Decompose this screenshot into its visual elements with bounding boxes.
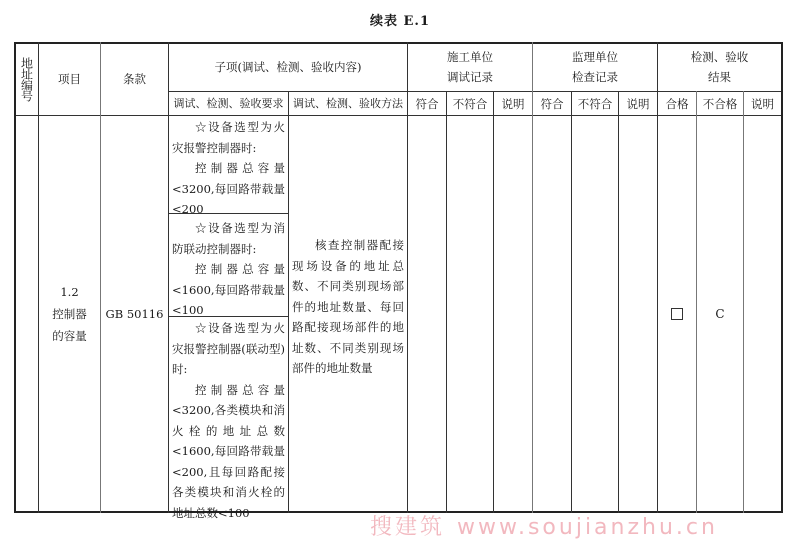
header-acceptance-group: 检测、验收 结果: [658, 43, 781, 91]
requirement-1-lead: ☆设备选型为火灾报警控制器时:: [172, 117, 285, 158]
acceptance-fail-value: C: [697, 300, 743, 328]
item-name-line2: 的容量: [52, 325, 87, 347]
header-construction-group: 施工单位 调试记录: [408, 43, 532, 91]
header-construction-note: 说明: [494, 92, 532, 115]
col-line: [743, 91, 744, 513]
pass-checkbox[interactable]: [671, 308, 683, 320]
item-number: 1.2: [60, 281, 78, 303]
col-line: [446, 91, 447, 513]
header-item: 项目: [39, 43, 100, 115]
header-address-no: 地址编号: [15, 43, 38, 115]
header-construction-line2: 调试记录: [447, 67, 493, 87]
watermark-cn: 搜建筑: [370, 515, 445, 540]
header-subitem-requirement: 调试、检测、验收要求: [169, 92, 288, 115]
col-line: [618, 91, 619, 513]
watermark-url: www.soujianzhu.cn: [457, 515, 718, 540]
header-clause: 条款: [101, 43, 168, 115]
header-subitem-group: 子项(调试、检测、验收内容): [169, 43, 407, 91]
header-construction-line1: 施工单位: [447, 47, 493, 67]
header-construction-nonconform: 不符合: [447, 92, 493, 115]
header-supervision-nonconform: 不符合: [572, 92, 618, 115]
requirement-3-body: 控制器总容量<3200,各类模块和消火栓的地址总数<1600,每回路带载量<20…: [172, 380, 285, 524]
header-supervision-group: 监理单位 检查记录: [533, 43, 657, 91]
requirement-1: ☆设备选型为火灾报警控制器时: 控制器总容量<3200,每回路带载量<200: [169, 117, 288, 220]
table-right-border: [781, 42, 783, 513]
method-cell: 核查控制器配接现场设备的地址总数、不同类别现场部件的地址数量、每回路配接现场部件…: [289, 235, 407, 379]
col-line: [571, 91, 572, 513]
acceptance-pass-cell[interactable]: [658, 300, 696, 328]
clause-cell: GB 50116: [101, 116, 168, 511]
header-supervision-conform: 符合: [533, 92, 571, 115]
header-acceptance-fail: 不合格: [697, 92, 743, 115]
header-supervision-note: 说明: [619, 92, 657, 115]
header-acceptance-line1: 检测、验收: [691, 47, 749, 67]
item-cell: 1.2 控制器 的容量: [39, 116, 100, 511]
header-acceptance-note: 说明: [744, 92, 781, 115]
requirement-2-lead: ☆设备选型为消防联动控制器时:: [172, 218, 285, 259]
header-address-no-label: 地址编号: [17, 57, 37, 101]
item-name-line1: 控制器: [52, 303, 87, 325]
header-supervision-line1: 监理单位: [572, 47, 618, 67]
requirement-3: ☆设备选型为火灾报警控制器(联动型)时: 控制器总容量<3200,各类模块和消火…: [169, 318, 288, 523]
watermark: 搜建筑www.soujianzhu.cn: [370, 510, 730, 541]
header-construction-conform: 符合: [408, 92, 446, 115]
requirement-3-lead: ☆设备选型为火灾报警控制器(联动型)时:: [172, 318, 285, 380]
header-subitem-method: 调试、检测、验收方法: [289, 92, 407, 115]
header-acceptance-pass: 合格: [658, 92, 696, 115]
requirement-2: ☆设备选型为消防联动控制器时: 控制器总容量<1600,每回路带载量<100: [169, 218, 288, 321]
inspection-table: 地址编号 项目 条款 子项(调试、检测、验收内容) 调试、检测、验收要求 调试、…: [0, 0, 800, 555]
method-text: 核查控制器配接现场设备的地址总数、不同类别现场部件的地址数量、每回路配接现场部件…: [292, 235, 404, 379]
requirement-1-body: 控制器总容量<3200,每回路带载量<200: [172, 158, 285, 220]
header-supervision-line2: 检查记录: [572, 67, 618, 87]
header-acceptance-line2: 结果: [708, 67, 731, 87]
requirement-2-body: 控制器总容量<1600,每回路带载量<100: [172, 259, 285, 321]
col-line: [493, 91, 494, 513]
